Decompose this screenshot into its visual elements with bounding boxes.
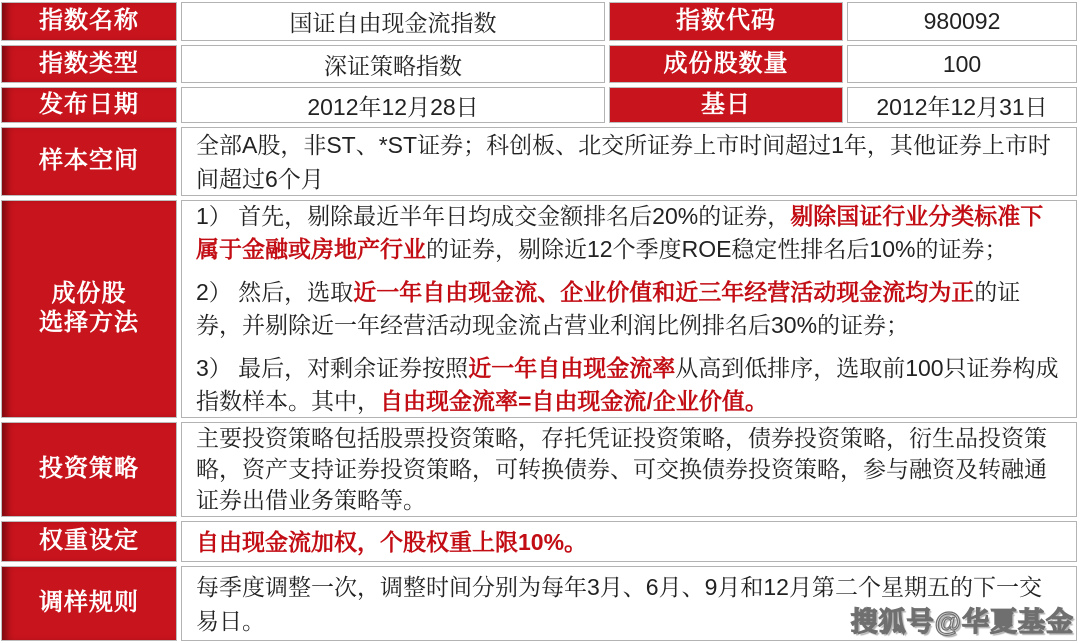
investment-strategy-text: 主要投资策略包括股票投资策略，存托凭证投资策略，债券投资策略，衍生品投资策略，资… (181, 422, 1077, 517)
index-fact-table: 指数名称 国证自由现金流指数 指数代码 980092 指数类型 深证策略指数 成… (0, 0, 1080, 643)
row-label-weight-setting: 权重设定 (1, 521, 177, 562)
value-index-code: 980092 (847, 2, 1077, 41)
row-label-index-type: 指数类型 (1, 45, 177, 83)
index-fact-table-page: 指数名称 国证自由现金流指数 指数代码 980092 指数类型 深证策略指数 成… (0, 0, 1080, 643)
plain-text: 2） 然后，选取 (196, 279, 353, 305)
emphasis-text: 自由现金流率=自由现金流/企业价值。 (380, 388, 768, 414)
value-index-name: 国证自由现金流指数 (181, 2, 605, 41)
emphasis-text: 近一年自由现金流、企业价值和近三年经营活动现金流均为正 (353, 279, 974, 305)
selection-method-item: 2） 然后，选取近一年自由现金流、企业价值和近三年经营活动现金流均为正的证券，并… (196, 276, 1062, 342)
row-label-selection-method: 成份股 选择方法 (1, 200, 177, 418)
weight-setting-text: 自由现金流加权，个股权重上限10%。 (181, 521, 1077, 562)
value-constituent-count: 100 (847, 45, 1077, 83)
value-base-date: 2012年12月31日 (847, 87, 1077, 123)
selection-method-item: 3） 最后，对剩余证券按照近一年自由现金流率从高到低排序，选取前100只证券构成… (196, 352, 1062, 418)
plain-text: 的证券，剔除近12个季度ROE稳定性排名后10%的证券； (426, 236, 1007, 262)
row-label-sample-space: 样本空间 (1, 127, 177, 196)
selection-method-item: 1） 首先，剔除最近半年日均成交金额排名后20%的证券，剔除国证行业分类标准下属… (196, 200, 1062, 266)
value-publish-date: 2012年12月28日 (181, 87, 605, 123)
row-label-constituent-count: 成份股数量 (609, 45, 843, 83)
plain-text: 3） 最后，对剩余证券按照 (196, 355, 468, 381)
value-index-type: 深证策略指数 (181, 45, 605, 83)
row-label-publish-date: 发布日期 (1, 87, 177, 123)
emphasis-text: 近一年自由现金流率 (468, 355, 675, 381)
row-label-index-name: 指数名称 (1, 2, 177, 41)
sample-space-text: 全部A股，非ST、*ST证券；科创板、北交所证券上市时间超过1年，其他证券上市时… (181, 127, 1077, 196)
row-label-base-date: 基日 (609, 87, 843, 123)
sohu-account-watermark: 搜狐号@华夏基金 (851, 600, 1074, 639)
row-label-index-code: 指数代码 (609, 2, 843, 41)
selection-method-items: 1） 首先，剔除最近半年日均成交金额排名后20%的证券，剔除国证行业分类标准下属… (181, 200, 1077, 418)
plain-text: 1） 首先，剔除最近半年日均成交金额排名后20%的证券， (196, 203, 790, 229)
row-label-investment-strategy: 投资策略 (1, 422, 177, 517)
row-label-rebalance-rule: 调样规则 (1, 566, 177, 641)
